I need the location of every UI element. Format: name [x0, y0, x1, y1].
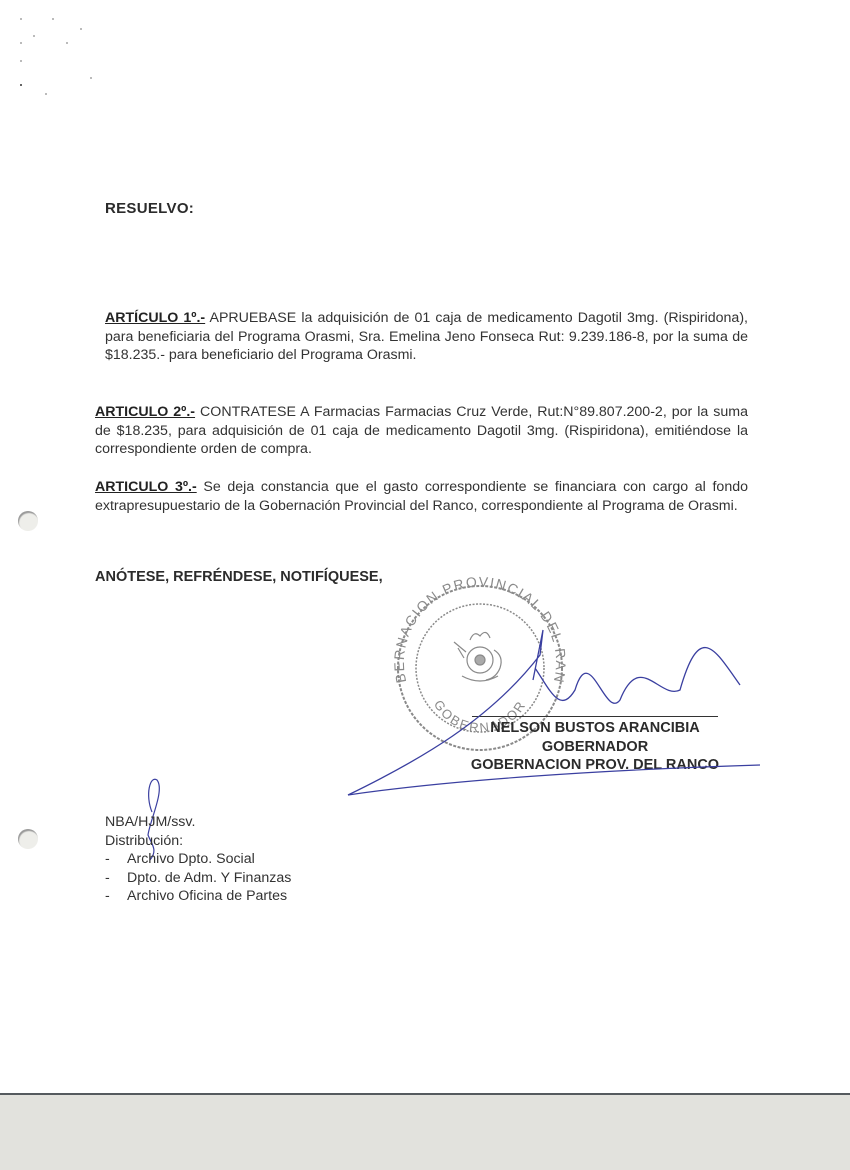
signatory-office: GOBERNACION PROV. DEL RANCO	[450, 756, 740, 775]
scanner-margin	[0, 1093, 850, 1170]
article-3: ARTICULO 3º.- Se deja constancia que el …	[95, 478, 748, 515]
article-1: ARTÍCULO 1º.- APRUEBASE la adquisición d…	[105, 309, 748, 365]
resolution-heading: RESUELVO:	[105, 200, 194, 217]
document-page: RESUELVO: ARTÍCULO 1º.- APRUEBASE la adq…	[0, 0, 850, 1092]
coat-of-arms-icon	[454, 632, 501, 681]
official-stamp: GOBERNACION PROVINCIAL DEL RANCO GOBERNA…	[0, 0, 850, 1092]
handwritten-signature	[0, 0, 850, 1092]
initials: NBA/HJM/ssv.	[105, 813, 291, 832]
article-1-label: ARTÍCULO 1º.-	[105, 310, 205, 326]
distribution-block: NBA/HJM/ssv. Distribución: -Archivo Dpto…	[105, 813, 291, 906]
distribution-item: -Archivo Oficina de Partes	[105, 887, 291, 906]
distribution-item: -Dpto. de Adm. Y Finanzas	[105, 869, 291, 888]
signatory-name: NELSON BUSTOS ARANCIBIA	[450, 719, 740, 738]
punch-hole	[18, 511, 38, 531]
signatory-block: NELSON BUSTOS ARANCIBIA GOBERNADOR GOBER…	[450, 719, 740, 775]
distribution-label: Distribución:	[105, 832, 291, 851]
signature-line	[472, 716, 718, 717]
closing-formula: ANÓTESE, REFRÉNDESE, NOTIFÍQUESE,	[95, 569, 383, 585]
punch-hole	[18, 829, 38, 849]
article-2-label: ARTICULO 2º.-	[95, 404, 195, 420]
signatory-title: GOBERNADOR	[450, 738, 740, 757]
article-2: ARTICULO 2º.- CONTRATESE A Farmacias Far…	[95, 403, 748, 459]
distribution-item: -Archivo Dpto. Social	[105, 850, 291, 869]
article-3-label: ARTICULO 3º.-	[95, 479, 197, 495]
